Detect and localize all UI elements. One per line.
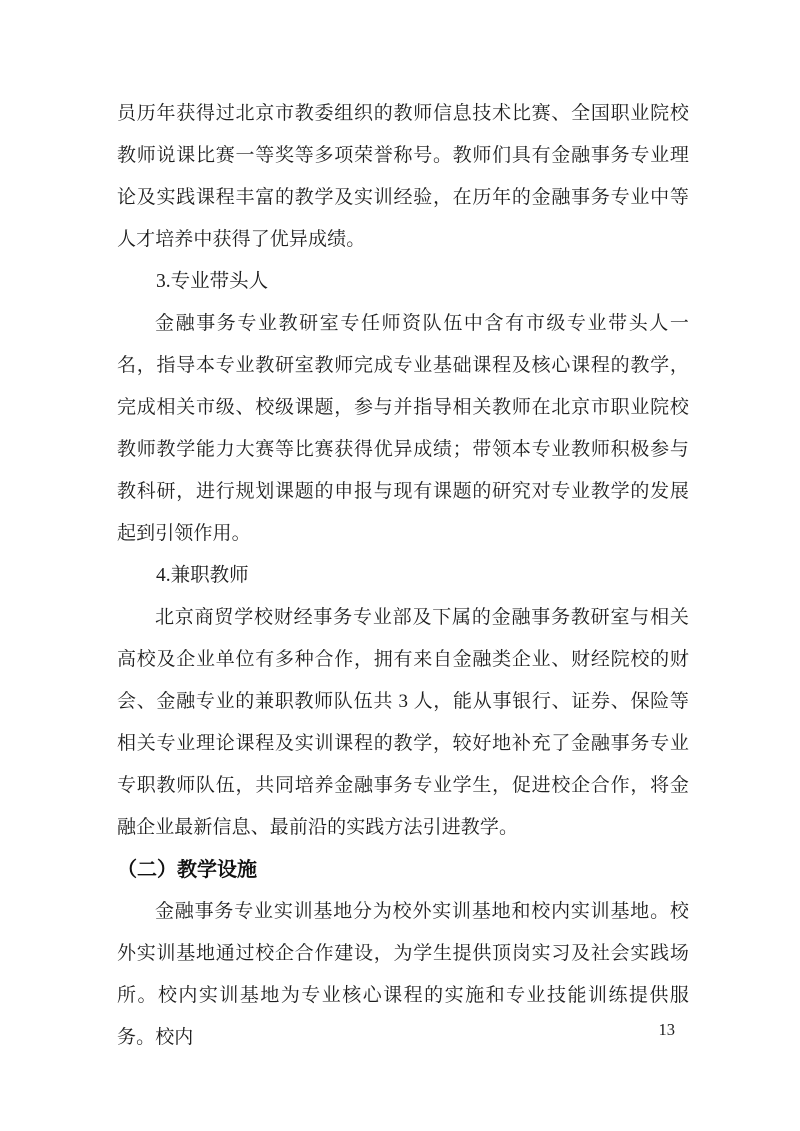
page-number: 13 [659, 1020, 676, 1040]
heading-professional-leader: 3.专业带头人 [117, 261, 689, 303]
paragraph-teachers-continuation: 员历年获得过北京市教委组织的教师信息技术比赛、全国职业院校教师说课比赛一等奖等多… [117, 93, 689, 261]
paragraph-parttime-teachers: 北京商贸学校财经事务专业部及下属的金融事务教研室与相关高校及企业单位有多种合作，… [117, 597, 689, 849]
text-column: 员历年获得过北京市教委组织的教师信息技术比赛、全国职业院校教师说课比赛一等奖等多… [117, 93, 689, 1059]
document-page: 员历年获得过北京市教委组织的教师信息技术比赛、全国职业院校教师说课比赛一等奖等多… [0, 0, 800, 1131]
heading-parttime-teachers: 4.兼职教师 [117, 555, 689, 597]
page-footer: 13 [117, 1020, 689, 1040]
paragraph-professional-leader: 金融事务专业教研室专任师资队伍中含有市级专业带头人一名，指导本专业教研室教师完成… [117, 303, 689, 555]
heading-teaching-facilities: （二）教学设施 [117, 849, 689, 891]
